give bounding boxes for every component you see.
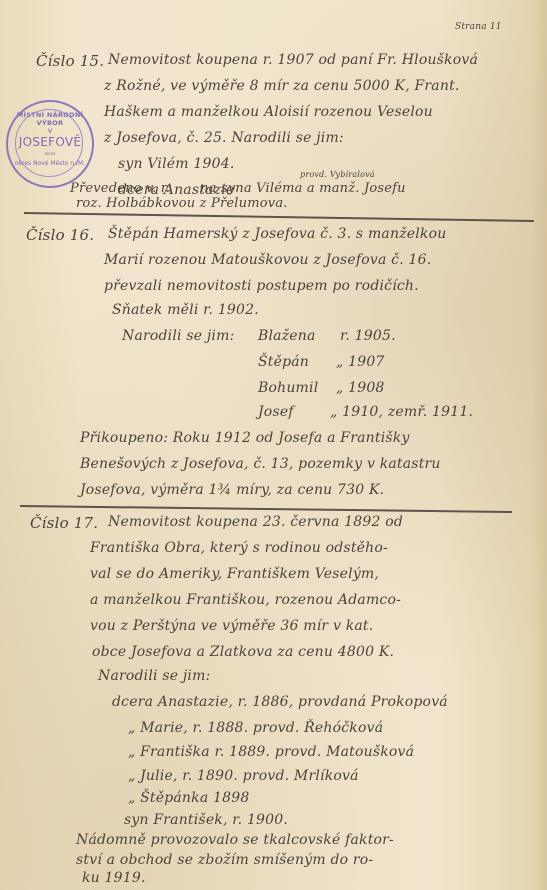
child-line: „ Štěpánka 1898 xyxy=(128,790,249,806)
entry-note: provd. Vybíralová xyxy=(300,170,375,179)
child-line: „ Julie, r. 1890. provd. Mrlíková xyxy=(128,768,359,784)
entry-line: Haškem a manželkou Aloisií rozenou Vesel… xyxy=(104,104,433,120)
divider-line xyxy=(20,505,512,513)
entry-line: Františka Obra, který s rodinou odstěho- xyxy=(90,540,388,556)
entry-line: Převedeno v. r. xyxy=(70,181,170,196)
stamp-place: JOSEFOVĚ xyxy=(8,135,92,149)
child-line: dcera Anastazie, r. 1886, provdaná Proko… xyxy=(112,694,448,710)
child-line: syn František, r. 1900. xyxy=(124,812,288,828)
child-line: „ Františka r. 1889. provd. Matoušková xyxy=(128,744,414,760)
entry-line: z Rožné, ve výměře 8 mír za cenu 5000 K,… xyxy=(104,78,460,94)
child-name: Josef xyxy=(258,404,294,420)
closing-line: Nádomně provozovalo se tkalcovské faktor… xyxy=(76,832,394,848)
entry-line: Nemovitost koupena 23. června 1892 od xyxy=(108,514,403,530)
child-year: r. 1905. xyxy=(340,328,396,344)
entry-number: Číslo 16. xyxy=(26,226,94,244)
child-year: „ 1907 xyxy=(336,354,385,370)
entry-line: syn Vilém 1904. xyxy=(118,156,234,172)
official-stamp: MÍSTNÍ NÁRODNÍ VÝBOR v JOSEFOVĚ okres ok… xyxy=(6,100,94,188)
entry-line: z Josefova, č. 25. Narodili se jim: xyxy=(104,130,344,146)
entry-line: roz. Holbábkovou z Přelumova. xyxy=(76,196,288,211)
entry-line: Marií rozenou Matouškovou z Josefova č. … xyxy=(104,252,431,268)
stamp-top-text: MÍSTNÍ NÁRODNÍ VÝBOR xyxy=(8,111,92,127)
child-name: Blažena xyxy=(258,328,316,344)
entry-line: obce Josefova a Zlatkova za cenu 4800 K. xyxy=(92,644,394,660)
child-line: „ Marie, r. 1888. provd. Řehóčková xyxy=(128,720,383,736)
child-name: Bohumil xyxy=(258,380,318,396)
entry-line: Narodili se jim: xyxy=(98,668,211,684)
stamp-middle: okres xyxy=(8,151,92,156)
purchase-line: Benešových z Josefova, č. 13, pozemky v … xyxy=(80,456,441,472)
child-year: „ 1908 xyxy=(336,380,385,396)
child-name: Štěpán xyxy=(258,354,309,370)
purchase-line: Přikoupeno: Roku 1912 od Josefa a Franti… xyxy=(80,430,410,446)
closing-line: ku 1919. xyxy=(82,870,146,886)
entry-line: na syna Viléma a manž. Josefu xyxy=(200,181,406,196)
entry-number: Číslo 17. xyxy=(30,514,98,532)
child-year: „ 1910, zemř. 1911. xyxy=(330,404,473,420)
purchase-line: Josefova, výměra 1¾ míry, za cenu 730 K. xyxy=(80,482,384,498)
entry-line: Sňatek měli r. 1902. xyxy=(112,302,259,318)
divider-line xyxy=(24,212,534,222)
entry-number: Číslo 15. xyxy=(36,52,104,70)
entry-line: vou z Perštýna ve výměře 36 mír v kat. xyxy=(90,618,373,634)
stamp-v: v xyxy=(8,126,92,135)
entry-line: val se do Ameriky, Františkem Veselým, xyxy=(90,566,379,582)
page-number-label: Strana 11 xyxy=(455,22,502,32)
stamp-bottom-text: okres Nové Město n./M. xyxy=(8,160,92,167)
entry-line: Štěpán Hamerský z Josefova č. 3. s manže… xyxy=(108,226,446,242)
entry-line: Nemovitost koupena r. 1907 od paní Fr. H… xyxy=(108,52,478,68)
children-intro: Narodili se jim: xyxy=(122,328,235,344)
entry-line: a manželkou Františkou, rozenou Adamco- xyxy=(90,592,401,608)
ledger-page: Strana 11 MÍSTNÍ NÁRODNÍ VÝBOR v JOSEFOV… xyxy=(0,0,547,890)
entry-line: převzali nemovitosti postupem po rodičíc… xyxy=(104,278,419,294)
closing-line: ství a obchod se zbožím smíšeným do ro- xyxy=(76,852,373,868)
